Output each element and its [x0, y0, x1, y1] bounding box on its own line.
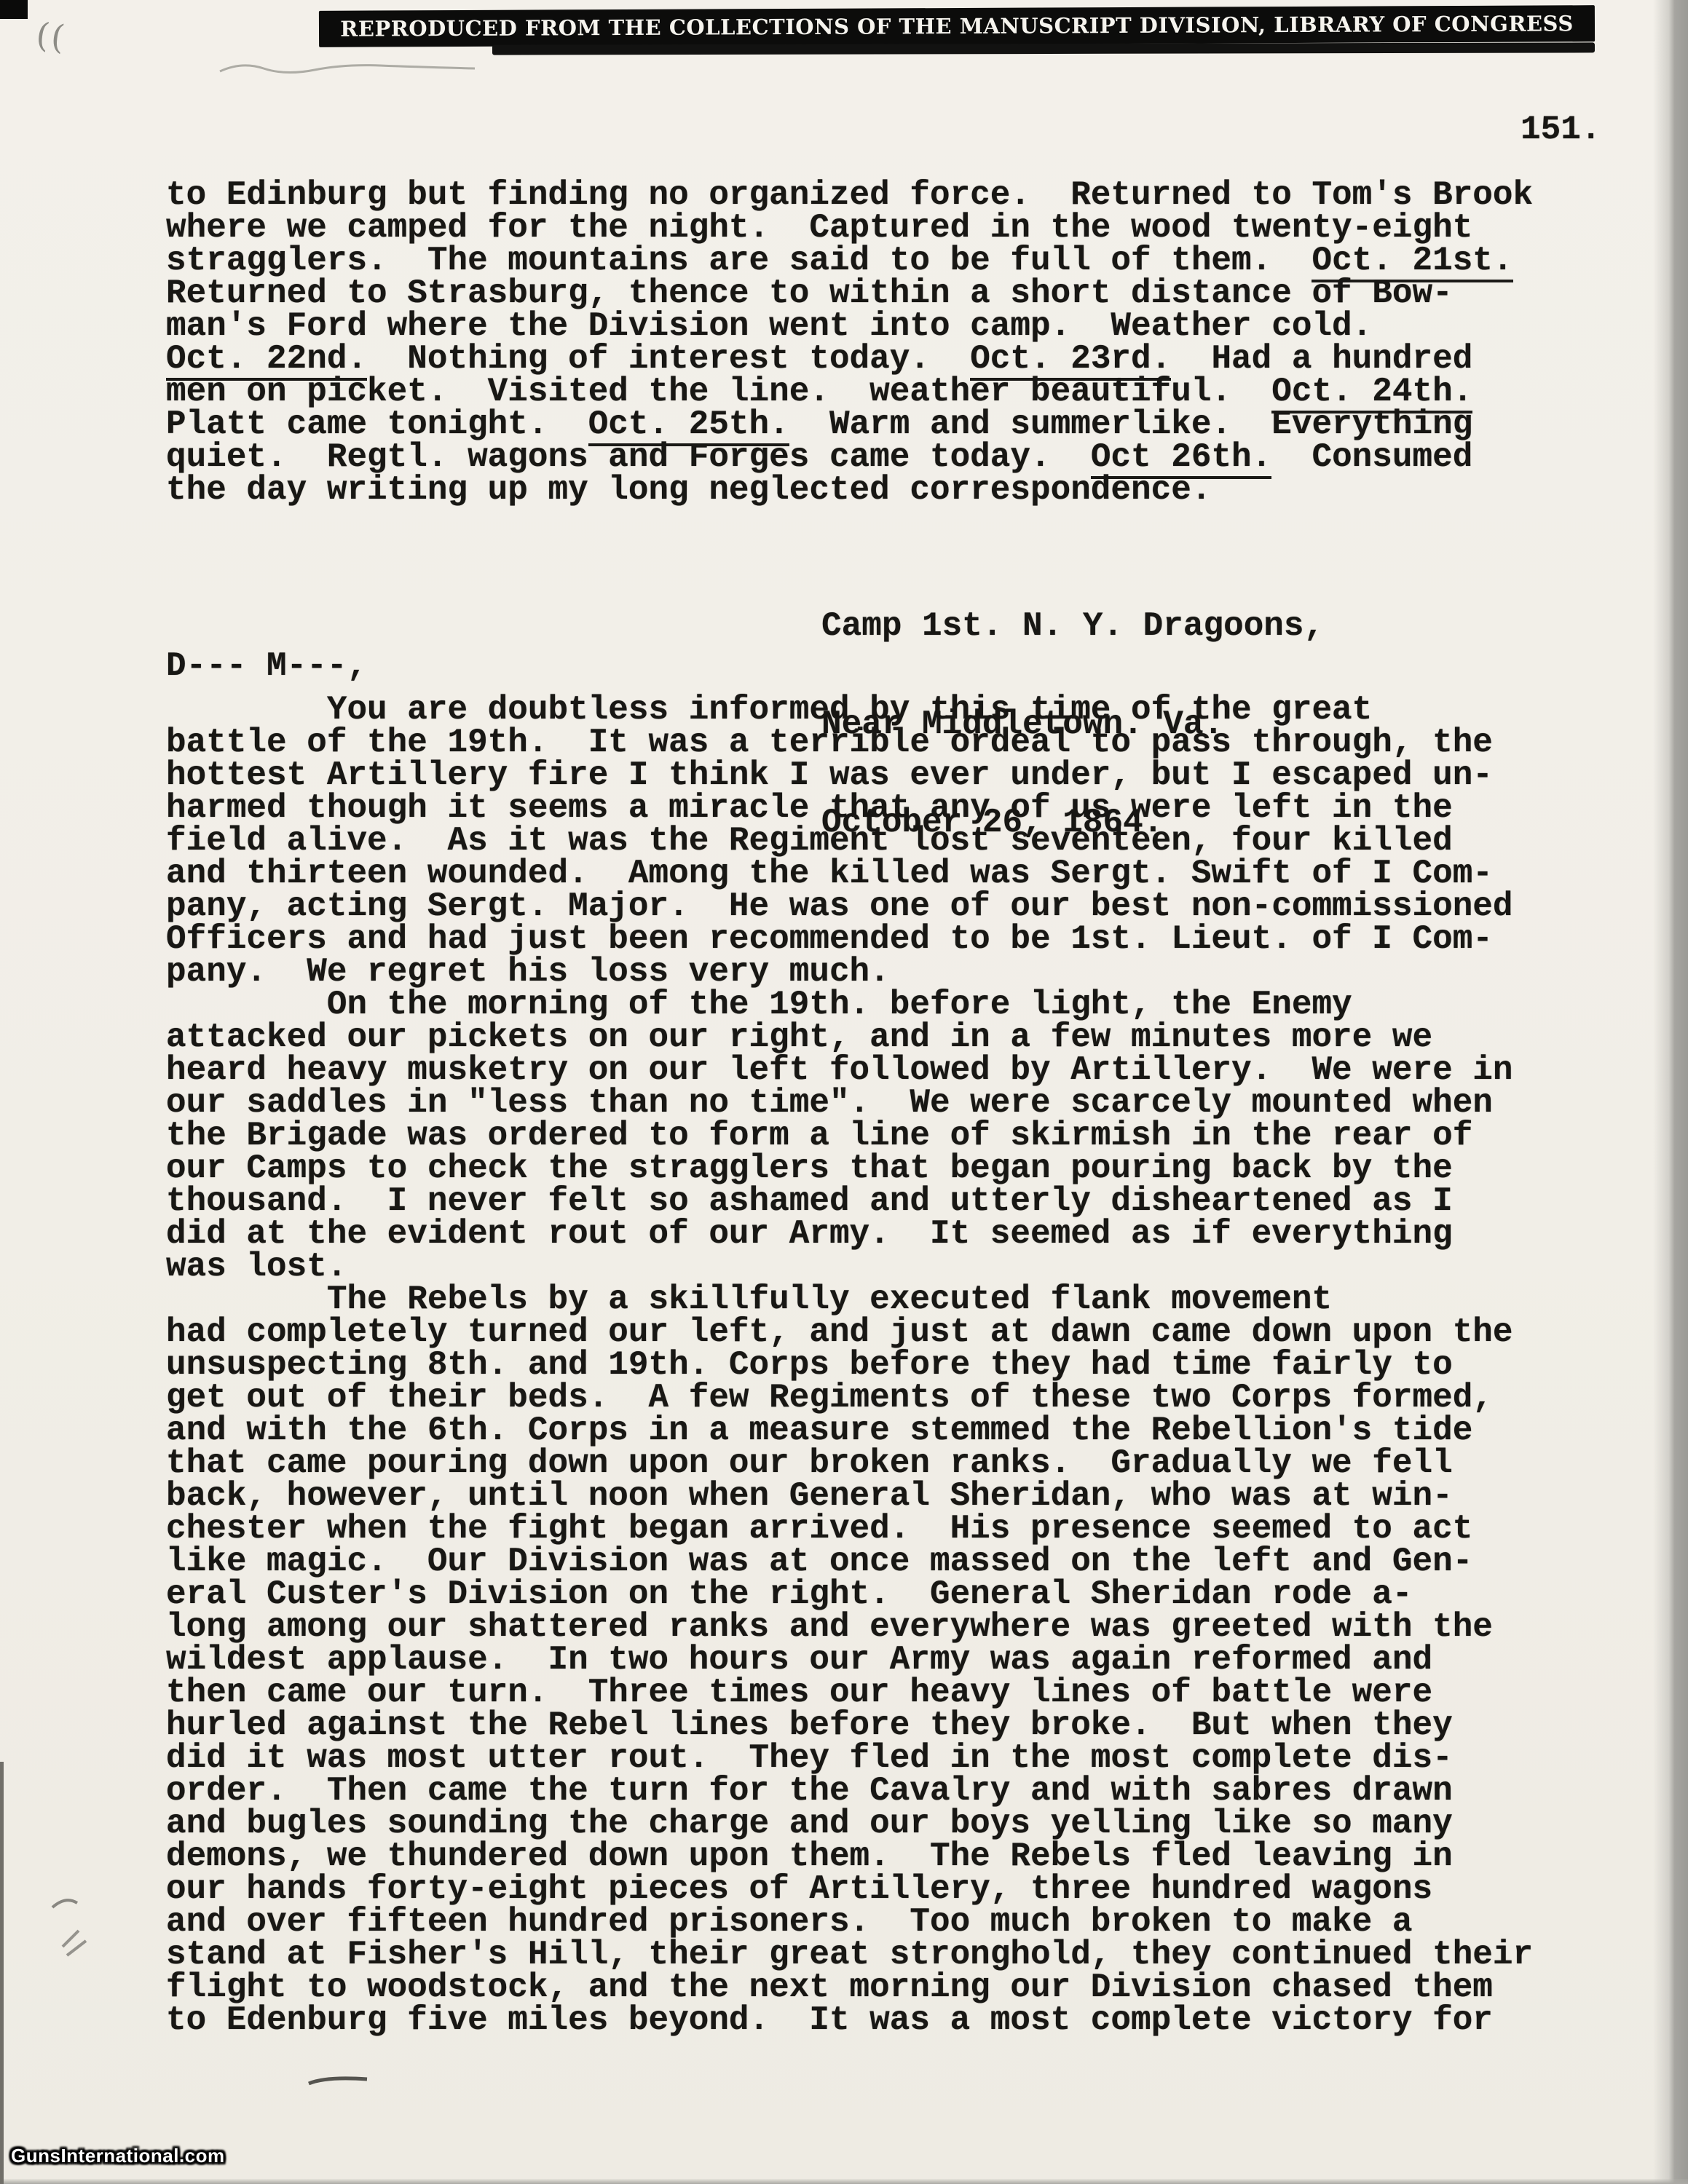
typewritten-line: hurled against the Rebel lines before th…	[166, 1709, 1533, 1742]
typewritten-line: had completely turned our left, and just…	[166, 1316, 1533, 1349]
typewritten-line: men on picket. Visited the line. weather…	[166, 376, 1533, 408]
typewritten-line: get out of their beds. A few Regiments o…	[166, 1382, 1533, 1415]
typewritten-line: heard heavy musketry on our left followe…	[166, 1054, 1533, 1087]
typewritten-line: man's Ford where the Division went into …	[166, 310, 1533, 343]
typewritten-line: eral Custer's Division on the right. Gen…	[166, 1578, 1533, 1611]
text-segment: Consumed	[1271, 438, 1472, 476]
typewritten-line: to Edenburg five miles beyond. It was a …	[166, 2004, 1533, 2037]
typewritten-line: thousand. I never felt so ashamed and ut…	[166, 1185, 1533, 1218]
loc-stamp-text: REPRODUCED FROM THE COLLECTIONS OF THE M…	[340, 11, 1574, 41]
typewritten-line: did it was most utter rout. They fled in…	[166, 1742, 1533, 1775]
scan-edge-bottom	[0, 2179, 1688, 2184]
typewritten-line: the Brigade was ordered to form a line o…	[166, 1120, 1533, 1152]
typewritten-line: back, however, until noon when General S…	[166, 1480, 1533, 1513]
pen-check-mark	[45, 1886, 111, 1966]
typewritten-line: quiet. Regtl. wagons and Forges came tod…	[166, 441, 1533, 474]
text-segment: to Edenburg five miles beyond. It was a …	[166, 2001, 1493, 2039]
scan-edge-right	[1653, 0, 1688, 2184]
typewritten-line: On the morning of the 19th. before light…	[166, 989, 1533, 1021]
typewritten-line: Officers and had just been recommended t…	[166, 923, 1533, 956]
typewritten-line: then came our turn. Three times our heav…	[166, 1677, 1533, 1709]
typewritten-line: stragglers. The mountains are said to be…	[166, 245, 1533, 277]
text-segment: the day writing up my long neglected cor…	[166, 471, 1211, 509]
loc-reproduction-stamp: REPRODUCED FROM THE COLLECTIONS OF THE M…	[319, 5, 1595, 47]
typewritten-line: long among our shattered ranks and every…	[166, 1611, 1533, 1644]
watermark-text: GunsInternational.com	[11, 2145, 225, 2167]
typewritten-line: harmed though it seems a miracle that an…	[166, 792, 1533, 825]
typewritten-line: attacked our pickets on our right, and i…	[166, 1021, 1533, 1054]
typewritten-line: battle of the 19th. It was a terrible or…	[166, 727, 1533, 759]
typewritten-line: and over fifteen hundred prisoners. Too …	[166, 1906, 1533, 1939]
typewritten-line: and with the 6th. Corps in a measure ste…	[166, 1415, 1533, 1447]
diary-paragraph: to Edinburg but finding no organized for…	[166, 179, 1533, 507]
scan-smudge-under-stamp	[218, 58, 481, 80]
dateline-camp: Camp 1st. N. Y. Dragoons,	[821, 610, 1324, 643]
typewritten-line: You are doubtless informed by this time …	[166, 694, 1533, 727]
typewritten-line: like magic. Our Division was at once mas…	[166, 1546, 1533, 1578]
typewritten-line: order. Then came the turn for the Cavalr…	[166, 1775, 1533, 1808]
typewritten-line: the day writing up my long neglected cor…	[166, 474, 1533, 507]
scan-edge-left	[0, 1762, 4, 2184]
typewritten-line: was lost.	[166, 1251, 1533, 1283]
typewritten-line: Oct. 22nd. Nothing of interest today. Oc…	[166, 343, 1533, 376]
typewritten-line: wildest applause. In two hours our Army …	[166, 1644, 1533, 1677]
typewritten-line: The Rebels by a skillfully executed flan…	[166, 1283, 1533, 1316]
typewritten-line: demons, we thundered down upon them. The…	[166, 1840, 1533, 1873]
typewritten-line: pany. We regret his loss very much.	[166, 956, 1533, 989]
typewritten-line: and bugles sounding the charge and our b…	[166, 1808, 1533, 1840]
typewritten-line: chester when the fight began arrived. Hi…	[166, 1513, 1533, 1546]
typewritten-line: did at the evident rout of our Army. It …	[166, 1218, 1533, 1251]
page-number: 151.	[1521, 114, 1601, 146]
letter-salutation: D--- M---,	[166, 650, 367, 683]
typewritten-line: flight to woodstock, and the next mornin…	[166, 1971, 1533, 2004]
typewritten-line: our saddles in "less than no time". We w…	[166, 1087, 1533, 1120]
typewritten-line: and thirteen wounded. Among the killed w…	[166, 858, 1533, 890]
typewritten-line: Returned to Strasburg, thence to within …	[166, 277, 1533, 310]
stamp-shadow-streak	[492, 42, 1595, 55]
typewritten-line: where we camped for the night. Captured …	[166, 212, 1533, 245]
typewritten-line: to Edinburg but finding no organized for…	[166, 179, 1533, 212]
typewritten-line: our Camps to check the stragglers that b…	[166, 1152, 1533, 1185]
scanned-document-page: { "banner": { "text": "REPRODUCED FROM T…	[0, 0, 1688, 2184]
text-segment: did at the evident rout of our Army. It …	[166, 1215, 1453, 1253]
typewritten-line: Platt came tonight. Oct. 25th. Warm and …	[166, 408, 1533, 441]
typewritten-line: unsuspecting 8th. and 19th. Corps before…	[166, 1349, 1533, 1382]
typewritten-line: hottest Artillery fire I think I was eve…	[166, 759, 1533, 792]
scan-corner-black-mark	[0, 0, 28, 19]
typewritten-line: pany, acting Sergt. Major. He was one of…	[166, 890, 1533, 923]
ink-dash-under-edenburg	[306, 2073, 371, 2088]
typewritten-line: field alive. As it was the Regiment lost…	[166, 825, 1533, 858]
typewritten-line: stand at Fisher's Hill, their great stro…	[166, 1939, 1533, 1971]
pen-mark: ( (	[34, 15, 63, 57]
typewritten-line: that came pouring down upon our broken r…	[166, 1447, 1533, 1480]
typewritten-line: our hands forty-eight pieces of Artiller…	[166, 1873, 1533, 1906]
letter-body: You are doubtless informed by this time …	[166, 694, 1533, 2037]
